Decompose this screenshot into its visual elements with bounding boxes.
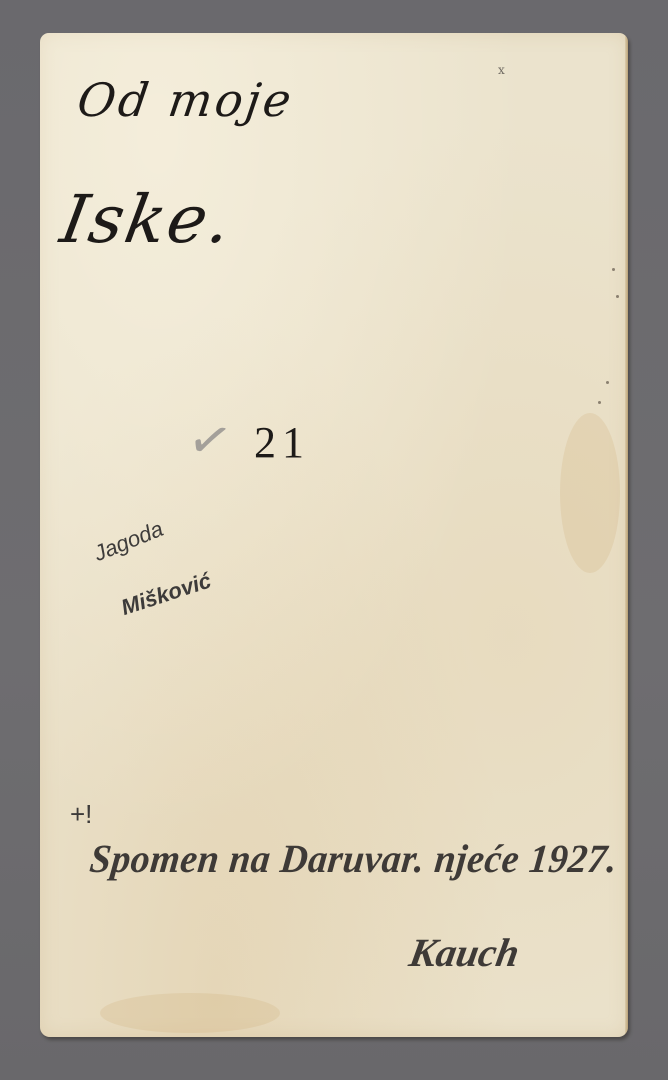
corner-mark: x <box>498 63 505 77</box>
stain <box>100 993 280 1033</box>
speck <box>606 381 609 384</box>
pencil-note-line-2: Mišković <box>118 568 214 621</box>
speck <box>616 295 619 298</box>
dedication-line-1: Od moje <box>74 73 297 127</box>
photo-card-back: x Od moje Iske. ✓ 21 Jagoda Mišković +! … <box>40 33 628 1037</box>
dedication-line-2: Iske. <box>55 181 239 258</box>
pencil-note-line-1: Jagoda <box>90 516 167 567</box>
speck <box>598 401 601 404</box>
check-mark-icon: ✓ <box>182 407 237 475</box>
card-edge <box>625 33 628 1037</box>
signature: Kauch <box>406 929 523 976</box>
inscription-text: Spomen na Daruvar. njeće 1927. <box>88 835 620 882</box>
stain <box>560 413 620 573</box>
speck <box>612 268 615 271</box>
catalog-number: 21 <box>254 417 310 468</box>
cross-mark: +! <box>70 799 92 830</box>
